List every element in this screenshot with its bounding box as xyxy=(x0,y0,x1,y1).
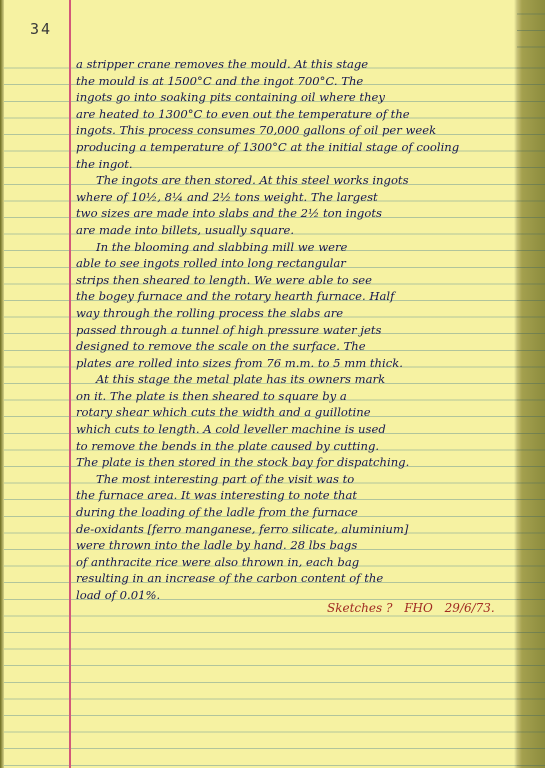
paragraph-start-line: The ingots are then stored. At this stee… xyxy=(76,172,516,189)
text-line: where of 10½, 8¼ and 2½ tons weight. The… xyxy=(76,189,516,206)
text-line: the mould is at 1500°C and the ingot 700… xyxy=(76,73,516,90)
annotation-date: 29/6/73. xyxy=(445,601,495,615)
binding-gutter xyxy=(517,0,545,768)
text-line: plates are rolled into sizes from 76 m.m… xyxy=(76,355,516,372)
text-line: de-oxidants [ferro manganese, ferro sili… xyxy=(76,521,516,538)
text-line: the bogey furnace and the rotary hearth … xyxy=(76,288,516,305)
annotation-note: Sketches ? xyxy=(327,601,392,615)
text-line: to remove the bends in the plate caused … xyxy=(76,438,516,455)
margin-line xyxy=(69,0,71,768)
annotation-initials: FHO xyxy=(404,601,433,615)
text-line: of anthracite rice were also thrown in, … xyxy=(76,554,516,571)
text-line: rotary shear which cuts the width and a … xyxy=(76,404,516,421)
text-line: way through the rolling process the slab… xyxy=(76,305,516,322)
text-line: on it. The plate is then sheared to squa… xyxy=(76,388,516,405)
text-line: a stripper crane removes the mould. At t… xyxy=(76,56,516,73)
text-line: are heated to 1300°C to even out the tem… xyxy=(76,106,516,123)
paragraph-start-line: The most interesting part of the visit w… xyxy=(76,471,516,488)
text-line: resulting in an increase of the carbon c… xyxy=(76,570,516,587)
teacher-annotation: Sketches ? FHO 29/6/73. xyxy=(327,601,503,615)
handwritten-body: a stripper crane removes the mould. At t… xyxy=(76,56,516,604)
text-line: are made into billets, usually square. xyxy=(76,222,516,239)
text-line: strips then sheared to length. We were a… xyxy=(76,272,516,289)
paragraph-start-line: At this stage the metal plate has its ow… xyxy=(76,371,516,388)
text-line: designed to remove the scale on the surf… xyxy=(76,338,516,355)
text-line: during the loading of the ladle from the… xyxy=(76,504,516,521)
text-line: were thrown into the ladle by hand. 28 l… xyxy=(76,537,516,554)
text-line: passed through a tunnel of high pressure… xyxy=(76,322,516,339)
text-line: producing a temperature of 1300°C at the… xyxy=(76,139,516,156)
text-line: two sizes are made into slabs and the 2½… xyxy=(76,205,516,222)
text-line: the ingot. xyxy=(76,156,516,173)
page-left-edge xyxy=(0,0,4,768)
text-line: which cuts to length. A cold leveller ma… xyxy=(76,421,516,438)
notebook-page: 34 a stripper crane removes the mould. A… xyxy=(0,0,545,768)
text-line: able to see ingots rolled into long rect… xyxy=(76,255,516,272)
text-line: The plate is then stored in the stock ba… xyxy=(76,454,516,471)
text-line: the furnace area. It was interesting to … xyxy=(76,487,516,504)
text-line: ingots go into soaking pits containing o… xyxy=(76,89,516,106)
text-line: ingots. This process consumes 70,000 gal… xyxy=(76,122,516,139)
page-number: 34 xyxy=(30,20,52,38)
paragraph-start-line: In the blooming and slabbing mill we wer… xyxy=(76,239,516,256)
